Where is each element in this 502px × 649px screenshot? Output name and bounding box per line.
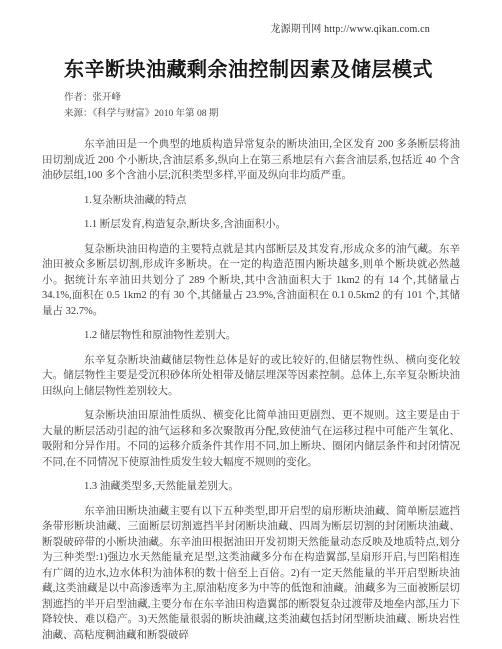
paragraph: 复杂断块油田构造的主要特点就是其内部断层及其发育,形成众多的油气藏。东辛油田被众…: [42, 242, 460, 320]
paragraph: 复杂断块油田原油性质纵、横变化比简单油田更剧烈、更不规则。这主要是由于大量的断层…: [42, 408, 460, 470]
paragraph: 东辛油田断块油藏主要有以下五种类型,即开启型的扇形断块油藏、简单断层遮挡条带形断…: [42, 504, 460, 644]
paragraph: 1.1 断层发育,构造复杂,断块多,含油面积小。: [42, 217, 460, 233]
article-title: 东辛断块油藏剩余油控制因素及储层模式: [64, 57, 462, 83]
paragraph: 1.3 油藏类型多,天然能量差别大。: [42, 479, 460, 495]
article-meta: 作者：张开峰 来源：《科学与财富》2010 年第 08 期: [64, 91, 502, 122]
document-page: 龙源期刊网 http://www.qikan.com.cn 东辛断块油藏剩余油控…: [0, 0, 502, 649]
source-line: 来源：《科学与财富》2010 年第 08 期: [64, 107, 502, 122]
site-header-text: 龙源期刊网 http://www.qikan.com.cn: [0, 20, 502, 35]
author-line: 作者：张开峰: [64, 91, 502, 106]
paragraph: 东辛复杂断块油藏储层物性总体是好的或比较好的,但储层物性纵、横向变化较大。储层物…: [42, 353, 460, 400]
paragraph: 1.复杂断块油藏的特点: [42, 193, 460, 209]
article-body: 东辛油田是一个典型的地质构造异常复杂的断块油田,全区发育 200 多条断层将油田…: [42, 137, 460, 643]
paragraph: 东辛油田是一个典型的地质构造异常复杂的断块油田,全区发育 200 多条断层将油田…: [42, 137, 460, 184]
paragraph: 1.2 储层物性和原油物性差别大。: [42, 328, 460, 344]
